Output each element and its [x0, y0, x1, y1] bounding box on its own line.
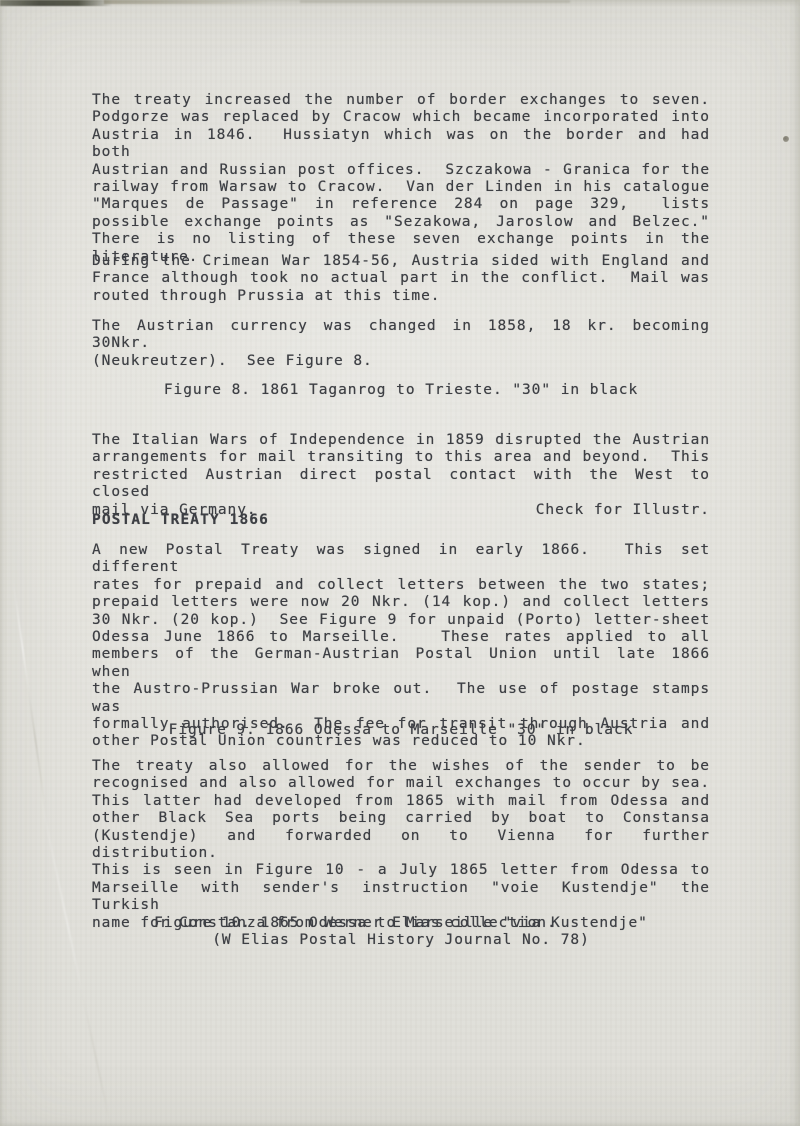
- text-line: Austrian and Russian post offices. Szcza…: [92, 162, 710, 179]
- text-line: (Kustendje) and forwarded on to Vienna f…: [92, 828, 710, 863]
- document-page: The treaty increased the number of borde…: [0, 0, 800, 1126]
- text-line: Marseille with sender's instruction "voi…: [92, 880, 710, 915]
- text-line: (W Elias Postal History Journal No. 78): [92, 932, 710, 949]
- scan-edge-artifact: [0, 0, 112, 6]
- text-line: (Neukreutzer). See Figure 8.: [92, 353, 710, 370]
- text-line: prepaid letters were now 20 Nkr. (14 kop…: [92, 594, 710, 611]
- text-line: Odessa June 1866 to Marseille. These rat…: [92, 629, 710, 646]
- text-line: A new Postal Treaty was signed in early …: [92, 542, 710, 577]
- text-line: Figure 10. 1865 Odessa to Marseille "via…: [92, 915, 710, 932]
- text-line: This latter had developed from 1865 with…: [92, 793, 710, 810]
- figure-10-caption: Figure 10. 1865 Odessa to Marseille "via…: [92, 915, 710, 950]
- text-line: railway from Warsaw to Cracow. Van der L…: [92, 179, 710, 196]
- paragraph-crimean-war: During the Crimean War 1854-56, Austria …: [92, 253, 710, 305]
- text-line: restricted Austrian direct postal contac…: [92, 467, 710, 502]
- scan-edge-smear: [104, 0, 269, 4]
- text-line: other Black Sea ports being carried by b…: [92, 810, 710, 827]
- text-line: the Austro-Prussian War broke out. The u…: [92, 681, 710, 716]
- text-line: There is no listing of these seven excha…: [92, 231, 710, 248]
- text-line: The Austrian currency was changed in 185…: [92, 318, 710, 353]
- text-line: Podgorze was replaced by Cracow which be…: [92, 109, 710, 126]
- text-line: "Marques de Passage" in reference 284 on…: [92, 196, 710, 213]
- text-line: The treaty also allowed for the wishes o…: [92, 758, 710, 775]
- text-line: France although took no actual part in t…: [92, 270, 710, 287]
- paper-crease-upper: [12, 580, 46, 808]
- paragraph-currency-change: The Austrian currency was changed in 185…: [92, 318, 710, 370]
- text-line: The Italian Wars of Independence in 1859…: [92, 432, 710, 449]
- text-line: POSTAL TREATY 1866: [92, 512, 710, 529]
- text-line: Figure 8. 1861 Taganrog to Trieste. "30"…: [92, 382, 710, 399]
- text-line: 30 Nkr. (20 kop.) See Figure 9 for unpai…: [92, 612, 710, 629]
- text-line: recognised and also allowed for mail exc…: [92, 775, 710, 792]
- figure-8-caption: Figure 8. 1861 Taganrog to Trieste. "30"…: [92, 382, 710, 399]
- text-line: Figure 9. 1866 Odessa to Marseille "30" …: [92, 722, 710, 739]
- paragraph-border-exchanges: The treaty increased the number of borde…: [92, 92, 710, 266]
- paper-speck: [783, 136, 789, 142]
- paragraph-sea-exchanges: The treaty also allowed for the wishes o…: [92, 758, 710, 932]
- paragraph-postal-treaty: A new Postal Treaty was signed in early …: [92, 542, 710, 751]
- text-line: routed through Prussia at this time.: [92, 288, 710, 305]
- text-line: The treaty increased the number of borde…: [92, 92, 710, 109]
- text-line: Austria in 1846. Hussiatyn which was on …: [92, 127, 710, 162]
- text-line: During the Crimean War 1854-56, Austria …: [92, 253, 710, 270]
- scan-edge-smear-faint: [300, 0, 570, 3]
- figure-9-caption: Figure 9. 1866 Odessa to Marseille "30" …: [92, 722, 710, 739]
- text-line: possible exchange points as "Sezakowa, J…: [92, 214, 710, 231]
- text-line: members of the German-Austrian Postal Un…: [92, 646, 710, 681]
- heading-postal-treaty-1866: POSTAL TREATY 1866: [92, 512, 710, 529]
- text-line: arrangements for mail transiting to this…: [92, 449, 710, 466]
- paragraph-italian-wars: The Italian Wars of Independence in 1859…: [92, 432, 710, 519]
- text-line: rates for prepaid and collect letters be…: [92, 577, 710, 594]
- text-line: This is seen in Figure 10 - a July 1865 …: [92, 862, 710, 879]
